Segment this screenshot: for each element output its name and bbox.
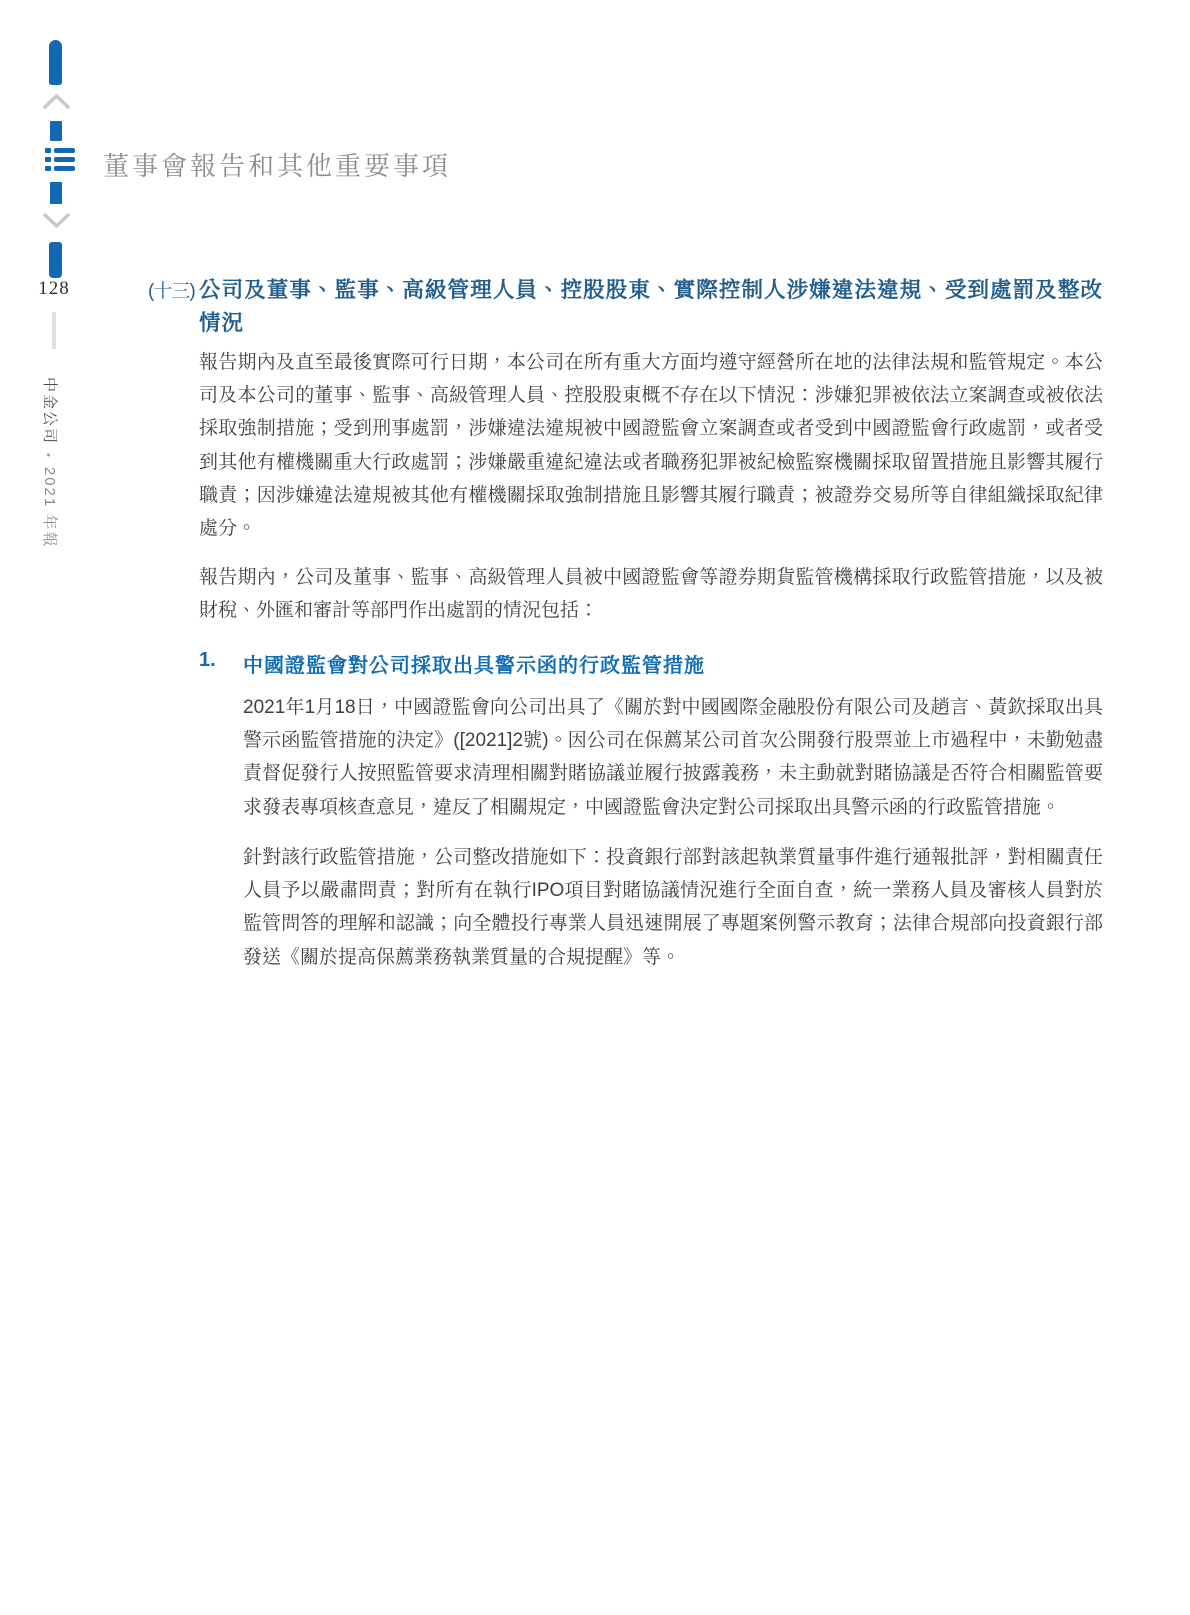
toc-dot: [45, 157, 51, 162]
section-title: 公司及董事、監事、高級管理人員、控股股東、實際控制人涉嫌違法違規、受到處罰及整改…: [199, 274, 1103, 340]
spine-report-label: 2021 年報: [41, 467, 58, 549]
page-number: 128: [34, 278, 74, 300]
subsection-paragraph-1: 2021年1月18日，中國證監會向公司出具了《關於對中國國際金融股份有限公司及趙…: [243, 691, 1103, 824]
toc-dot: [45, 148, 51, 153]
toc-line: [54, 148, 75, 153]
running-header-title: 董事會報告和其他重要事項: [103, 146, 451, 183]
subsection-paragraph-2: 針對該行政監管措施，公司整改措施如下：投資銀行部對該起執業質量事件進行通報批評，…: [243, 841, 1103, 974]
chevron-up-icon[interactable]: [43, 93, 70, 110]
annual-report-page: 128 中金公司•2021 年報 董事會報告和其他重要事項 (十三) 公司及董事…: [0, 0, 1190, 1615]
spine-bullet: •: [42, 453, 54, 459]
section-paragraph-1: 報告期內及直至最後實際可行日期，本公司在所有重大方面均遵守經營所在地的法律法規和…: [199, 346, 1103, 545]
chevron-down-icon[interactable]: [43, 212, 70, 229]
spine-company-label: 中金公司: [41, 377, 58, 445]
section-heading: (十三) 公司及董事、監事、高級管理人員、控股股東、實際控制人涉嫌違法違規、受到…: [148, 274, 1103, 340]
toc-line: [54, 157, 75, 162]
toc-list-row: [45, 157, 76, 162]
subsection-number: 1.: [199, 649, 243, 672]
spine-label: 中金公司•2021 年報: [40, 377, 61, 548]
toc-dot: [45, 166, 51, 171]
toc-line: [54, 166, 75, 171]
toc-list-icon[interactable]: [45, 148, 76, 171]
sidebar-segment-upper: [50, 121, 62, 141]
toc-list-row: [45, 148, 76, 153]
sidebar-top-bar: [49, 40, 62, 85]
section-paragraph-2: 報告期內，公司及董事、監事、高級管理人員被中國證監會等證券期貨監管機構採取行政監…: [199, 561, 1103, 627]
page-number-rule: [52, 312, 56, 349]
sidebar-segment-lower: [50, 182, 62, 204]
section-index-label: (十三): [148, 274, 199, 303]
subsection-heading: 1. 中國證監會對公司採取出具警示函的行政監管措施: [199, 649, 1103, 678]
sidebar-bottom-bar: [49, 242, 62, 278]
subsection-title: 中國證監會對公司採取出具警示函的行政監管措施: [243, 649, 1103, 678]
toc-list-row: [45, 166, 76, 171]
